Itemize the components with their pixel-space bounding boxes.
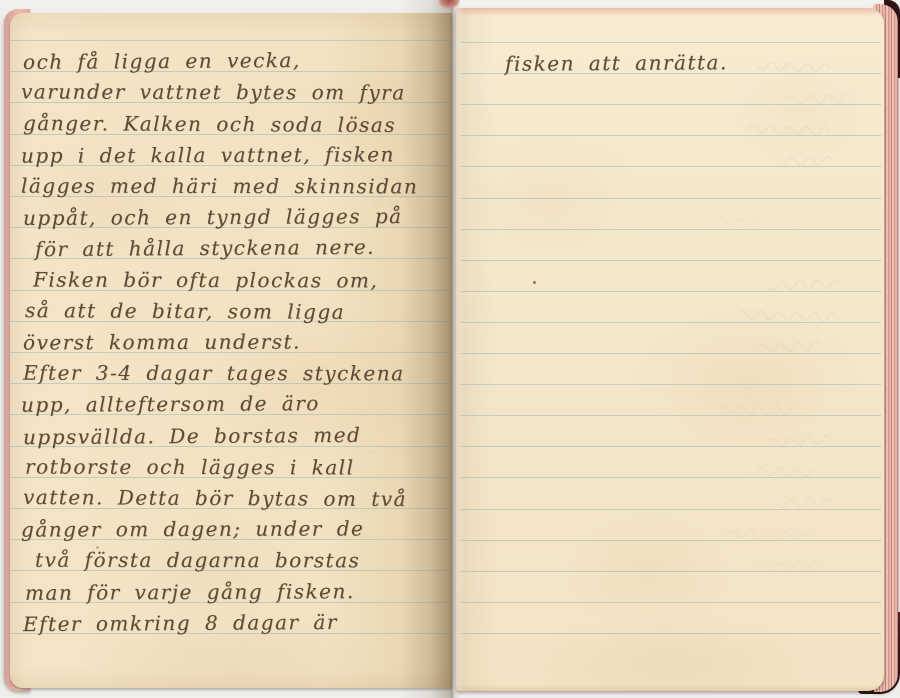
ruled-line xyxy=(461,260,881,261)
handwritten-line: varunder vattnet bytes om fyra xyxy=(21,77,406,108)
handwritten-line: så att de bitar, som ligga xyxy=(25,295,345,327)
bleed-through-mark xyxy=(756,558,821,574)
ruled-line xyxy=(461,509,881,510)
spine-notch xyxy=(438,0,460,9)
ruled-line xyxy=(461,415,881,416)
paper-speck xyxy=(533,281,536,284)
ruled-line xyxy=(461,602,881,603)
bleed-through-mark xyxy=(365,442,421,458)
ruled-line xyxy=(461,571,881,572)
handwritten-line: för att hålla styckena nere. xyxy=(35,232,375,264)
bleed-through-mark xyxy=(726,527,809,544)
left-page: och få ligga en vecka,varunder vattnet b… xyxy=(10,13,452,688)
handwritten-line: man för varje gång fisken. xyxy=(25,576,355,608)
handwritten-line: uppåt, och en tyngd lägges på xyxy=(23,201,403,233)
paper-speck xyxy=(96,546,99,549)
ruled-line xyxy=(461,229,881,230)
handwritten-line: lägges med häri med skinnsidan xyxy=(21,171,418,202)
handwritten-line: uppsvällda. De borstas med xyxy=(23,419,361,451)
handwritten-line: överst komma underst. xyxy=(23,327,301,358)
handwritten-line: rotborste och lägges i kall xyxy=(25,451,355,482)
ruled-line xyxy=(461,353,881,354)
ruled-line xyxy=(461,104,881,105)
handwritten-line: Efter 3-4 dagar tages styckena xyxy=(23,358,405,389)
ruled-line xyxy=(461,42,881,43)
ruled-line xyxy=(461,166,881,167)
handwritten-line: Fisken bör ofta plockas om, xyxy=(33,264,378,295)
ruled-line xyxy=(461,633,881,634)
ruled-line xyxy=(461,384,881,385)
ruled-line xyxy=(461,540,881,541)
right-page: fisken att anrätta. xyxy=(456,8,884,691)
ruled-line xyxy=(461,135,881,136)
ruled-line xyxy=(461,291,881,292)
ruled-line xyxy=(461,446,881,447)
handwritten-line: och få ligga en vecka, xyxy=(23,45,301,77)
handwritten-line: gånger. Kalken och soda lösas xyxy=(23,108,396,140)
handwritten-line: upp, allteftersom de äro xyxy=(21,389,320,421)
ruled-line xyxy=(461,477,881,478)
handwritten-line: gånger om dagen; under de xyxy=(21,514,364,545)
handwritten-line: vatten. Detta bör bytas om två xyxy=(23,482,407,514)
handwritten-line: Efter omkring 8 dagar är xyxy=(23,607,338,639)
handwritten-line: upp i det kalla vattnet, fisken xyxy=(21,139,395,170)
ruled-line xyxy=(461,198,881,199)
handwritten-line: fisken att anrätta. xyxy=(505,47,728,79)
ruled-line xyxy=(461,322,881,323)
notebook-scan: och få ligga en vecka,varunder vattnet b… xyxy=(0,0,900,698)
handwritten-line: två första dagarna borstas xyxy=(35,545,360,576)
ruled-line xyxy=(10,40,452,41)
